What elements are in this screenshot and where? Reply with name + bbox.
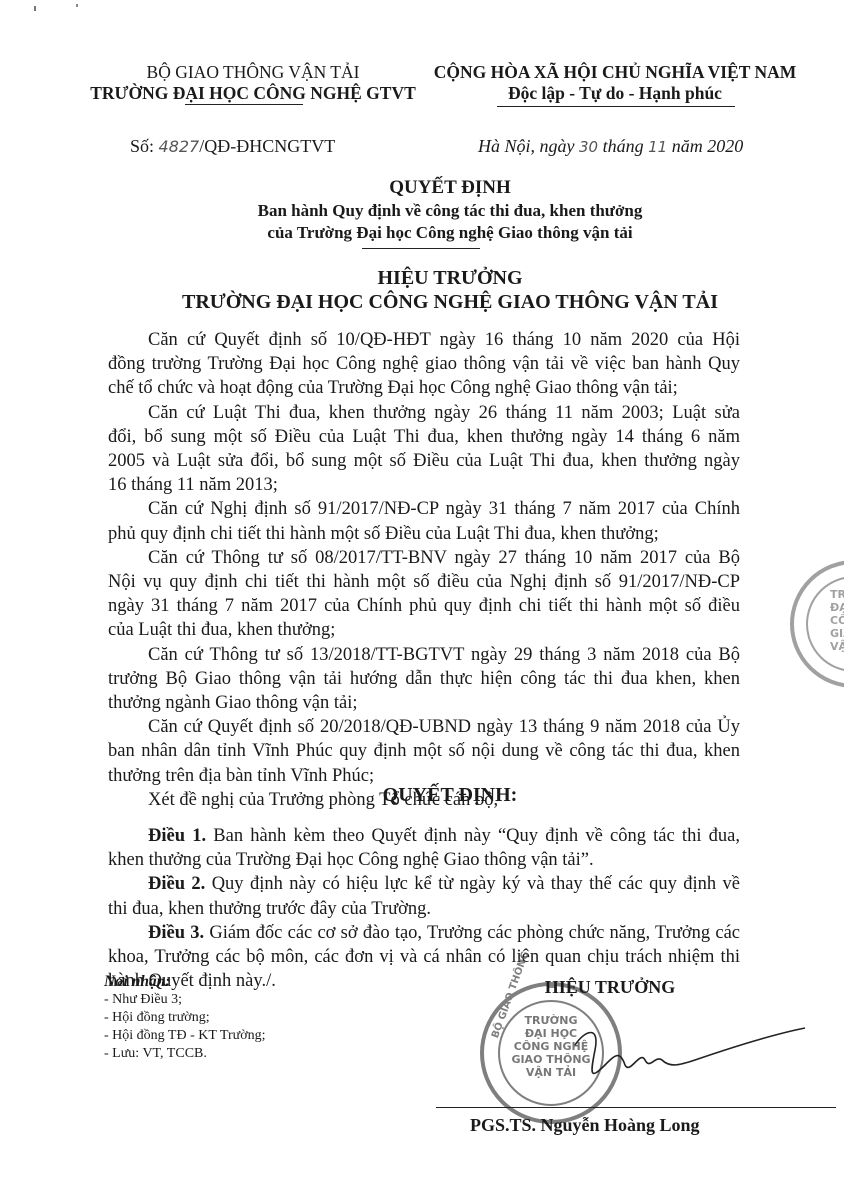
recipients: Nơi nhận: - Như Điều 3;- Hội đồng trường…	[104, 972, 266, 1063]
doc-number-prefix: Số:	[130, 136, 154, 156]
article-line: khoa, Trưởng các bộ môn, các đơn vị và c…	[108, 945, 740, 969]
preamble-line: Căn cứ Quyết định số 20/2018/QĐ-UBND ngà…	[148, 715, 740, 739]
signature-title: HIỆU TRƯỞNG	[520, 977, 700, 998]
recipient-item: - Hội đồng trường;	[104, 1009, 266, 1027]
recipient-item: - Hội đồng TĐ - KT Trường;	[104, 1027, 266, 1045]
article-text: Ban hành kèm theo Quyết định này “Quy đị…	[213, 826, 740, 846]
decision-title: QUYẾT ĐỊNH	[100, 176, 800, 200]
header-right: CỘNG HÒA XÃ HỘI CHỦ NGHĨA VIỆT NAM Độc l…	[430, 62, 800, 104]
school-name: TRƯỜNG ĐẠI HỌC CÔNG NGHỆ GTVT	[88, 83, 418, 104]
authority-school: TRƯỜNG ĐẠI HỌC CÔNG NGHỆ GIAO THÔNG VẬN …	[100, 290, 800, 314]
preamble-line: Căn cứ Quyết định số 10/QĐ-HĐT ngày 16 t…	[148, 328, 740, 352]
preamble-line: thưởng ngành Giao thông vận tải;	[108, 691, 740, 715]
article-line: khen thưởng của Trường Đại học Công nghệ…	[108, 848, 740, 872]
decision-heading: QUYẾT ĐỊNH:	[100, 784, 800, 807]
signer-name: PGS.TS. Nguyễn Hoàng Long	[470, 1114, 700, 1136]
country-name: CỘNG HÒA XÃ HỘI CHỦ NGHĨA VIỆT NAM	[430, 62, 800, 83]
place: Hà Nội, ngày	[478, 136, 575, 156]
motto: Độc lập - Tự do - Hạnh phúc	[430, 83, 800, 104]
doc-number-handwritten: 4827	[159, 137, 200, 156]
preamble-line: chế tổ chức và hoạt động của Trường Đại …	[108, 376, 740, 400]
side-stamp-line: VẬ	[830, 640, 844, 653]
side-stamp: TRĐẠCÔNGIAOVẬ	[790, 560, 844, 688]
preamble-line: Căn cứ Nghị định số 91/2017/NĐ-CP ngày 3…	[148, 497, 740, 521]
motto-underline	[497, 106, 735, 107]
preamble-line: ban nhân dân tỉnh Vĩnh Phúc quy định một…	[108, 739, 740, 763]
title-underline	[362, 248, 480, 249]
preamble-line: đồng trường Trường Đại học Công nghệ gia…	[108, 352, 740, 376]
preamble-line: Nội vụ quy định chi tiết thi hành một số…	[108, 570, 740, 594]
year-label: năm 2020	[672, 136, 744, 156]
preamble-line: Căn cứ Thông tư số 13/2018/TT-BGTVT ngày…	[148, 643, 740, 667]
article-label: Điều 2.	[148, 874, 205, 894]
decision-subtitle-1: Ban hành Quy định về công tác thi đua, k…	[100, 200, 800, 222]
place-date: Hà Nội, ngày 30 tháng 11 năm 2020	[478, 136, 743, 158]
scan-speck	[76, 4, 78, 7]
decision-subtitle-2: của Trường Đại học Công nghệ Giao thông …	[100, 222, 800, 244]
side-stamp-line: GIAO	[830, 627, 844, 640]
preamble-line: Căn cứ Thông tư số 08/2017/TT-BNV ngày 2…	[148, 546, 740, 570]
scan-speck	[34, 6, 36, 11]
side-stamp-line: ĐẠ	[830, 601, 844, 614]
article-3: Điều 3. Giám đốc các cơ sở đào tạo, Trưở…	[148, 921, 740, 945]
document-number: Số: 4827/QĐ-ĐHCNGTVT	[130, 136, 335, 157]
authority-block: HIỆU TRƯỞNG TRƯỜNG ĐẠI HỌC CÔNG NGHỆ GIA…	[100, 266, 800, 314]
article-2: Điều 2. Quy định này có hiệu lực kể từ n…	[148, 872, 740, 896]
article-label: Điều 1.	[148, 826, 206, 846]
header-left-underline	[185, 104, 303, 105]
header-left: BỘ GIAO THÔNG VẬN TẢI TRƯỜNG ĐẠI HỌC CÔN…	[88, 62, 418, 104]
preamble-line: 16 tháng 11 năm 2013;	[108, 473, 740, 497]
preamble-line: đổi, bổ sung một số Điều của Luật Thi đu…	[108, 425, 740, 449]
recipient-item: - Như Điều 3;	[104, 991, 266, 1009]
side-stamp-line: TR	[830, 588, 844, 601]
date-month: 11	[648, 138, 667, 156]
handwritten-signature	[570, 1020, 810, 1090]
month-label: tháng	[603, 136, 644, 156]
authority-title: HIỆU TRƯỞNG	[100, 266, 800, 290]
preamble-line: 2005 và Luật sửa đổi, bổ sung một số Điề…	[108, 449, 740, 473]
article-line: thi đua, khen thưởng trước đây của Trườn…	[108, 897, 740, 921]
doc-number-suffix: /QĐ-ĐHCNGTVT	[199, 136, 335, 156]
recipient-item: - Lưu: VT, TCCB.	[104, 1045, 266, 1063]
article-text: Quy định này có hiệu lực kể từ ngày ký v…	[212, 874, 740, 894]
article-text: Giám đốc các cơ sở đào tạo, Trưởng các p…	[209, 923, 740, 943]
article-label: Điều 3.	[148, 923, 204, 943]
preamble-line: Căn cứ Luật Thi đua, khen thưởng ngày 26…	[148, 401, 740, 425]
preamble-line: trưởng Bộ Giao thông vận tải hướng dẫn t…	[108, 667, 740, 691]
decision-title-block: QUYẾT ĐỊNH Ban hành Quy định về công tác…	[100, 176, 800, 244]
signature-line	[436, 1107, 836, 1108]
preamble-line: ngày 31 tháng 7 năm 2017 của Chính phủ q…	[108, 594, 740, 618]
side-stamp-line: CÔN	[830, 614, 844, 627]
ministry-name: BỘ GIAO THÔNG VẬN TẢI	[88, 62, 418, 83]
article-1: Điều 1. Ban hành kèm theo Quyết định này…	[148, 824, 740, 848]
preamble-line: phủ quy định chi tiết thi hành một số Đi…	[108, 522, 740, 546]
preamble-line: của Luật thi đua, khen thưởng;	[108, 618, 740, 642]
recipients-heading: Nơi nhận:	[104, 972, 266, 991]
date-day: 30	[579, 138, 598, 156]
